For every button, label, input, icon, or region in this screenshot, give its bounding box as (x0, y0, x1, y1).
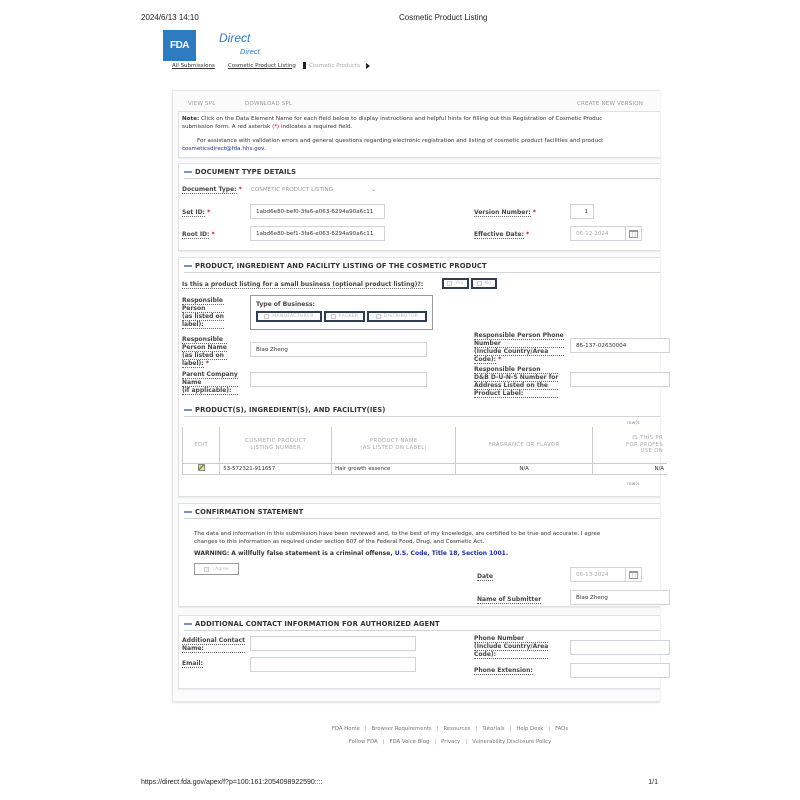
section-header[interactable]: DOCUMENT TYPE DETAILS (184, 168, 660, 179)
footer-link-faqs[interactable]: FAQs (555, 726, 568, 732)
confirmation-section: CONFIRMATION STATEMENT The data and info… (178, 503, 660, 607)
row-count-top: row(s (627, 421, 640, 426)
manufacturer-button[interactable]: MANUFACTURER (256, 311, 322, 322)
collapse-icon[interactable] (184, 265, 192, 267)
responsible-person-phone-label[interactable]: Responsible Person Phone Number (Include… (474, 332, 564, 363)
cell-listing-number: 53-572321-911657 (220, 463, 332, 474)
separator: | (434, 739, 436, 745)
chevron-right-icon (366, 63, 370, 69)
phone-number-label[interactable]: Phone Number (Include Country/Area Code)… (474, 635, 548, 659)
print-title: Cosmetic Product Listing (399, 13, 487, 22)
required-asterisk: * (498, 356, 501, 363)
required-asterisk: * (206, 360, 209, 367)
products-section-header[interactable]: PRODUCT(S), INGREDIENT(S), AND FACILITY(… (184, 406, 660, 417)
footer-link-fda-voice-blog[interactable]: FDA Voice Blog (390, 739, 430, 745)
label-text: Is this a product listing for a small bu… (182, 281, 423, 289)
email-field[interactable] (250, 657, 416, 672)
breadcrumb-current-label: Cosmetic Products (309, 63, 360, 69)
footer-link-help-desk[interactable]: Help Desk (516, 726, 543, 732)
footer-link-browser-requirements[interactable]: Browser Requirements (372, 726, 432, 732)
label-text: Version Number: (474, 209, 531, 217)
parent-company-field[interactable] (250, 372, 427, 387)
label-line: label): (182, 360, 204, 368)
breadcrumb-all-submissions[interactable]: All Submissions (172, 63, 215, 69)
listing-section: PRODUCT, INGREDIENT AND FACILITY LISTING… (178, 257, 660, 497)
collapse-icon[interactable] (184, 511, 192, 513)
section-header[interactable]: CONFIRMATION STATEMENT (184, 508, 660, 519)
warning-end: . (506, 550, 508, 557)
label-line: (as listed on (182, 352, 227, 360)
separator: | (548, 726, 550, 732)
table-row: 53-572321-911657Hair growth essenceN/AN/… (183, 463, 668, 474)
authorized-agent-section: ADDITIONAL CONTACT INFORMATION FOR AUTHO… (178, 615, 660, 689)
option-label: PACKER (339, 314, 359, 319)
root-id-field[interactable]: 1abd6e80-bef1-3fa6-e063-6294a90a6c11 (250, 226, 385, 241)
required-asterisk: * (526, 231, 529, 238)
print-footer: https://direct.fda.gov/apex/f?p=100:161:… (141, 779, 658, 786)
breadcrumb-current: Cosmetic Products (303, 62, 370, 69)
chevron-down-icon[interactable]: ⌄ (371, 186, 376, 193)
brand-subtitle: Direct (240, 47, 260, 56)
products-table: EDITCOSMETIC PRODUCTLISTING NUMBERPRODUC… (182, 427, 667, 475)
label-line: (if applicable): (182, 387, 238, 395)
label-line: (as listed on (182, 313, 224, 321)
effective-date-label[interactable]: Effective Date: * (474, 231, 529, 238)
main-panel: VIEW SPL DOWNLOAD SPL CREATE NEW VERSION… (172, 90, 660, 702)
assistance-text: For assistance with validation errors an… (182, 137, 657, 145)
label-line: Person (182, 305, 224, 313)
calendar-button[interactable] (626, 567, 642, 582)
label-text: Email: (182, 660, 203, 668)
document-type-label[interactable]: Document Type: * (182, 186, 242, 193)
support-email-link[interactable]: cosmeticsdirect@fda.hhs.gov (182, 146, 264, 152)
note-text-2: submission form. A red asterisk (182, 124, 272, 130)
section-header[interactable]: ADDITIONAL CONTACT INFORMATION FOR AUTHO… (184, 620, 660, 631)
label-line: Code): (474, 356, 496, 364)
label-line: Product Label: (474, 390, 558, 398)
check-icon: ✓ (376, 314, 381, 319)
submitter-name-field[interactable]: Biao Zheng (570, 590, 670, 605)
footer-link-resources[interactable]: Resources (443, 726, 470, 732)
print-page-number: 1/1 (648, 779, 658, 786)
cell-product-name: Hair growth essence (332, 463, 456, 474)
additional-contact-name-field[interactable] (250, 636, 416, 651)
small-business-no-button[interactable]: No (471, 278, 497, 289)
print-url: https://direct.fda.gov/apex/f?p=100:161:… (141, 779, 323, 786)
section-header[interactable]: PRODUCT, INGREDIENT AND FACILITY LISTING… (184, 262, 660, 273)
check-icon: ✓ (447, 281, 452, 286)
footer-link-tutorials[interactable]: Tutorials (482, 726, 504, 732)
label-line: Name (182, 379, 238, 387)
required-asterisk: * (533, 209, 536, 216)
label-text: Phone Extension: (474, 667, 533, 675)
confirmation-text-line: changes to this information as required … (194, 538, 660, 546)
label-line: Responsible Person Phone (474, 332, 564, 340)
date-label[interactable]: Date (477, 573, 493, 580)
email-label[interactable]: Email: (182, 660, 203, 667)
label-line: Additional Contact (182, 637, 245, 645)
root-id-label[interactable]: Root ID: * (182, 231, 215, 238)
label-line: Parent Company (182, 371, 238, 379)
column-header[interactable]: FRAGRANCE OR FLAVOR (456, 427, 593, 463)
edit-pencil-icon[interactable] (198, 464, 205, 471)
calendar-icon (629, 230, 638, 238)
section-title: PRODUCT(S), INGREDIENT(S), AND FACILITY(… (195, 406, 385, 414)
duns-number-label[interactable]: Responsible Person D&B D-U-N-S Number fo… (474, 366, 558, 398)
column-header[interactable]: EDIT (183, 427, 220, 463)
section-title: ADDITIONAL CONTACT INFORMATION FOR AUTHO… (195, 620, 440, 628)
label-line: Phone Number (474, 635, 548, 643)
column-header[interactable]: PRODUCT NAME(AS LISTED ON LABEL) (332, 427, 456, 463)
label-text: Root ID: (182, 231, 209, 239)
submitter-name-label[interactable]: Name of Submitter (477, 596, 541, 603)
required-asterisk: * (212, 231, 215, 238)
email-suffix: . (264, 146, 266, 152)
responsible-person-phone-field[interactable]: 86-137-02630004 (570, 338, 670, 353)
small-business-label[interactable]: Is this a product listing for a small bu… (182, 281, 423, 288)
section-title: DOCUMENT TYPE DETAILS (195, 168, 296, 176)
label-line: Number (474, 340, 564, 348)
collapse-icon[interactable] (184, 409, 192, 411)
check-icon: ✓ (204, 567, 209, 572)
checkbox-icon (264, 314, 269, 319)
label-line: Person Name (182, 344, 227, 352)
view-spl-button[interactable]: VIEW SPL (188, 101, 216, 107)
version-number-field[interactable]: 1 (570, 204, 594, 219)
cell-professional-use: N/A (592, 463, 667, 474)
label-text: Set ID: (182, 209, 205, 217)
print-datetime: 2024/6/13 14:10 (141, 13, 199, 22)
collapse-icon[interactable] (184, 171, 192, 173)
footer-links-row-2: Follow FDA|FDA Voice Blog|Privacy|Vulner… (290, 739, 610, 745)
phone-extension-field[interactable] (570, 663, 670, 678)
table-header-row: EDITCOSMETIC PRODUCTLISTING NUMBERPRODUC… (183, 427, 668, 463)
additional-contact-name-label[interactable]: Additional Contact Name: (182, 637, 245, 653)
separator: | (476, 726, 478, 732)
label-text: Document Type: (182, 186, 237, 194)
document-type-select[interactable]: COSMETIC PRODUCT LISTING (251, 187, 333, 193)
set-id-field[interactable]: 1abd6e80-bef0-3fa6-e063-6294a90a6c11 (250, 204, 385, 219)
confirmation-date-field[interactable]: 06-13-2024 (570, 567, 626, 582)
label-line: (Include Country/Area (474, 643, 548, 651)
document-type-section: DOCUMENT TYPE DETAILS Document Type: * C… (178, 163, 660, 251)
label-line: label): (182, 321, 224, 329)
separator: | (437, 726, 439, 732)
option-label: DISTRIBUTOR (384, 314, 419, 319)
confirmation-text: The data and information in this submiss… (194, 530, 660, 546)
label-line: Responsible (182, 336, 227, 344)
footer-links-row-1: FDA Home|Browser Requirements|Resources|… (290, 726, 610, 732)
column-header[interactable]: COSMETIC PRODUCTLISTING NUMBER (220, 427, 332, 463)
label-line: Responsible (182, 297, 224, 305)
note-box: Note: Click on the Data Element Name for… (178, 111, 660, 158)
label-text: Name of Submitter (477, 596, 541, 604)
required-asterisk: * (207, 209, 210, 216)
us-code-link[interactable]: U.S. Code, Title 18, Section 1001 (395, 550, 506, 557)
label-line: Responsible Person (474, 366, 558, 374)
option-label: Yes (455, 281, 463, 286)
separator: | (383, 739, 385, 745)
label-line: Name: (182, 645, 245, 653)
footer-link-fda-home[interactable]: FDA Home (332, 726, 360, 732)
option-label: No (485, 281, 492, 286)
breadcrumb-separator-icon (303, 62, 306, 69)
separator: | (465, 739, 467, 745)
label-text: Effective Date: (474, 231, 524, 239)
row-count-bottom: row(s (627, 482, 640, 487)
brand-title: Direct (219, 31, 250, 45)
footer-link-follow-fda[interactable]: Follow FDA (349, 739, 378, 745)
create-new-version-button[interactable]: CREATE NEW VERSION (577, 101, 643, 107)
phone-number-field[interactable] (570, 640, 670, 655)
small-business-yes-button[interactable]: ✓Yes (442, 278, 469, 289)
required-asterisk: * (239, 186, 242, 193)
type-of-business-label: Type of Business: (256, 301, 315, 308)
note-label: Note: (182, 116, 199, 122)
label-line: Address Listed on the (474, 382, 558, 390)
checkbox-icon (331, 314, 336, 319)
cell-fragrance: N/A (456, 463, 593, 474)
fda-logo[interactable]: FDA (163, 30, 196, 61)
warning-text: WARNING: A willfully false statement is … (194, 550, 508, 557)
confirmation-text-line: The data and information in this submiss… (194, 530, 660, 538)
footer-link-vulnerability-disclosure-policy[interactable]: Vulnerability Disclosure Policy (472, 739, 551, 745)
section-title: PRODUCT, INGREDIENT AND FACILITY LISTING… (195, 262, 487, 270)
edit-cell (183, 463, 220, 474)
agree-label: I Agree (212, 567, 228, 572)
checkbox-icon (477, 281, 482, 286)
parent-company-label[interactable]: Parent Company Name (if applicable): (182, 371, 238, 395)
calendar-icon (629, 571, 638, 579)
separator: | (365, 726, 367, 732)
set-id-label[interactable]: Set ID: * (182, 209, 210, 216)
separator: | (510, 726, 512, 732)
breadcrumb: All Submissions Cosmetic Product Listing… (172, 62, 370, 69)
phone-extension-label[interactable]: Phone Extension: (474, 667, 533, 674)
packer-button[interactable]: PACKER (324, 311, 365, 322)
option-label: MANUFACTURER (272, 314, 313, 319)
distributor-button[interactable]: ✓DISTRIBUTOR (367, 311, 427, 322)
label-line: D&B D-U-N-S Number for (474, 374, 558, 382)
label-text: Date (477, 573, 493, 581)
i-agree-button[interactable]: ✓I Agree (194, 563, 239, 575)
footer-link-privacy[interactable]: Privacy (441, 739, 460, 745)
note-text: Click on the Data Element Name for each … (199, 116, 602, 122)
calendar-button[interactable] (626, 226, 642, 241)
section-title: CONFIRMATION STATEMENT (195, 508, 303, 516)
responsible-person-name-field[interactable]: Biao Zheng (250, 342, 427, 357)
effective-date-field[interactable]: 06-12-2024 (570, 226, 626, 241)
breadcrumb-cosmetic-product-listing[interactable]: Cosmetic Product Listing (228, 63, 296, 69)
download-spl-button[interactable]: DOWNLOAD SPL (245, 101, 292, 107)
column-header[interactable]: IS THIS PRFOR PROFESUSE ON (592, 427, 667, 463)
label-line: (Include Country/Area (474, 348, 564, 356)
warning-label: WARNING: A willfully false statement is … (194, 550, 395, 557)
version-number-label[interactable]: Version Number: * (474, 209, 536, 216)
type-of-business-group: Type of Business: MANUFACTURER PACKER ✓D… (250, 295, 433, 330)
duns-number-field[interactable] (570, 372, 670, 387)
collapse-icon[interactable] (184, 623, 192, 625)
responsible-person-label[interactable]: Responsible Person (as listed on label): (182, 297, 224, 329)
note-text-3: indicates a required field. (279, 124, 352, 130)
label-line: Code): (474, 651, 548, 659)
responsible-person-name-label[interactable]: Responsible Person Name (as listed on la… (182, 336, 227, 367)
